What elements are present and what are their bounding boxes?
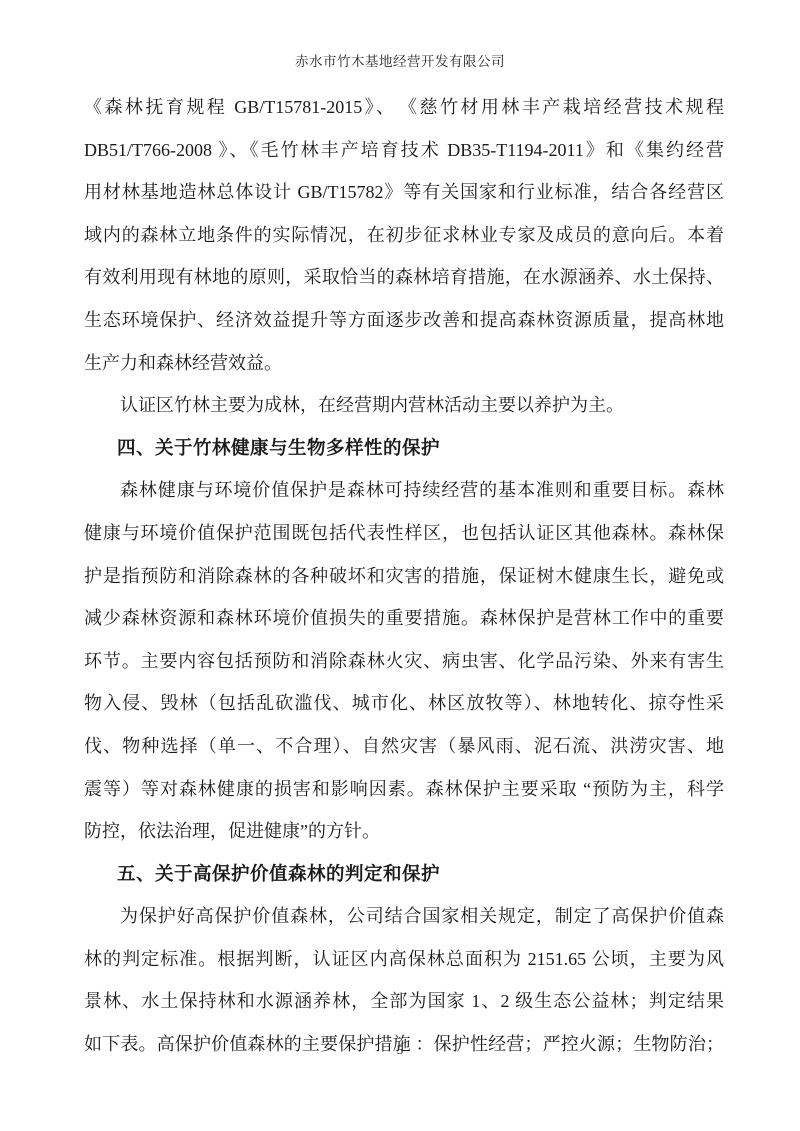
- text-line: 护是指预防和消除森林的各种破坏和灾害的措施，保证树木健康生长，避免或: [84, 555, 724, 598]
- text-line: 林的判定标准。根据判断，认证区内高保林总面积为 2151.65 公顷，主要为风: [84, 938, 724, 981]
- page-number: 5: [0, 1042, 800, 1058]
- text-line: 用材林基地造林总体设计 GB/T15782》等有关国家和行业标准，结合各经营区: [84, 171, 724, 214]
- text-line: 生态环境保护、经济效益提升等方面逐步改善和提高森林资源质量，提高林地: [84, 299, 724, 342]
- text-line: 震等）等对森林健康的损害和影响因素。森林保护主要采取 “预防为主，科学: [84, 768, 724, 811]
- text-line: 物入侵、毁林（包括乱砍滥伐、城市化、林区放牧等）、林地转化、掠夺性采: [84, 682, 724, 725]
- text-line: 认证区竹林主要为成林，在经营期内营林活动主要以养护为主。: [84, 384, 724, 427]
- text-line: 为保护好高保护价值森林，公司结合国家相关规定，制定了高保护价值森: [84, 895, 724, 938]
- text-line: 伐、物种选择（单一、不合理）、自然灾害（暴风雨、泥石流、洪涝灾害、地: [84, 725, 724, 768]
- text-line: 有效利用现有林地的原则，采取恰当的森林培育措施，在水源涵养、水土保持、: [84, 256, 724, 299]
- text-line: 环节。主要内容包括预防和消除森林火灾、病虫害、化学品污染、外来有害生: [84, 640, 724, 683]
- section-heading-4: 四、关于竹林健康与生物多样性的保护: [84, 427, 724, 470]
- text-line: DB51/T766-2008 》、《毛竹林丰产培育技术 DB35-T1194-2…: [84, 129, 724, 172]
- text-line: 健康与环境价值保护范围既包括代表性样区，也包括认证区其他森林。森林保: [84, 512, 724, 555]
- text-line: 域内的森林立地条件的实际情况，在初步征求林业专家及成员的意向后。本着: [84, 214, 724, 257]
- text-line: 《森林抚育规程 GB/T15781-2015》、 《慈竹材用林丰产栽培经营技术规…: [84, 86, 724, 129]
- document-body: 《森林抚育规程 GB/T15781-2015》、 《慈竹材用林丰产栽培经营技术规…: [84, 86, 724, 1066]
- section-heading-5: 五、关于高保护价值森林的判定和保护: [84, 853, 724, 896]
- text-line: 防控，依法治理，促进健康”的方针。: [84, 810, 724, 853]
- text-line: 森林健康与环境价值保护是森林可持续经营的基本准则和重要目标。森林: [84, 469, 724, 512]
- text-line: 减少森林资源和森林环境价值损失的重要措施。森林保护是营林工作中的重要: [84, 597, 724, 640]
- text-line: 景林、水土保持林和水源涵养林，全部为国家 1、2 级生态公益林；判定结果: [84, 980, 724, 1023]
- document-page: 赤水市竹木基地经营开发有限公司 《森林抚育规程 GB/T15781-2015》、…: [0, 0, 800, 1131]
- page-header-company-name: 赤水市竹木基地经营开发有限公司: [0, 50, 800, 70]
- text-line: 生产力和森林经营效益。: [84, 342, 724, 385]
